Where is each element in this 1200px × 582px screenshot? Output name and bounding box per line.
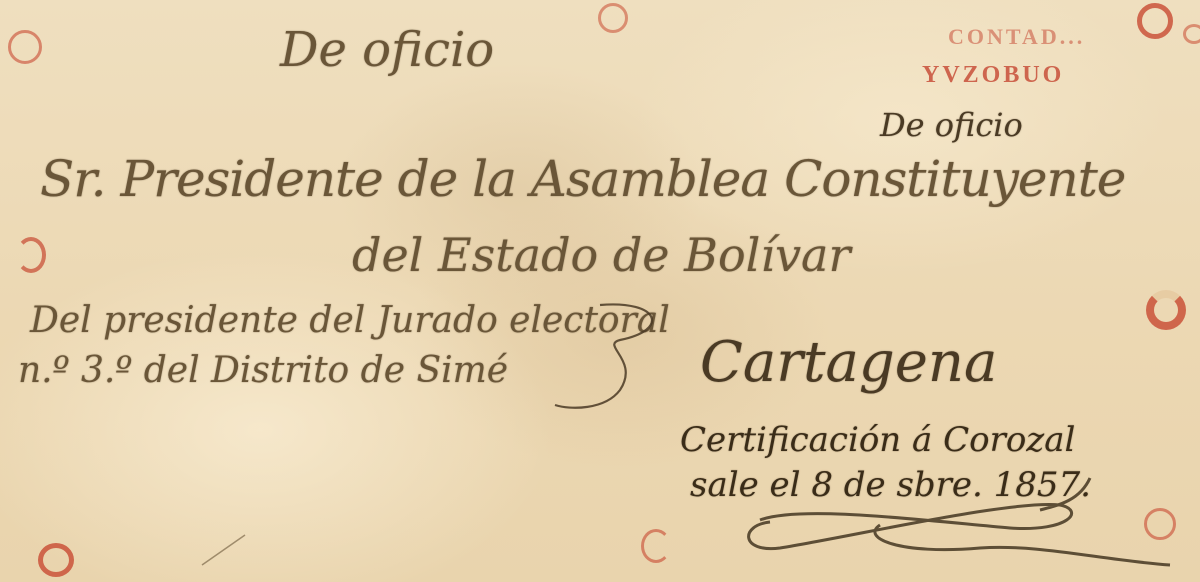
ink-scratch xyxy=(202,535,245,565)
signature-rubric xyxy=(749,478,1170,565)
envelope: CONTAD... YVZOBUO De oficio De oficio Sr… xyxy=(0,0,1200,582)
ink-flourishes xyxy=(0,0,1200,582)
sender-brace xyxy=(555,304,652,407)
